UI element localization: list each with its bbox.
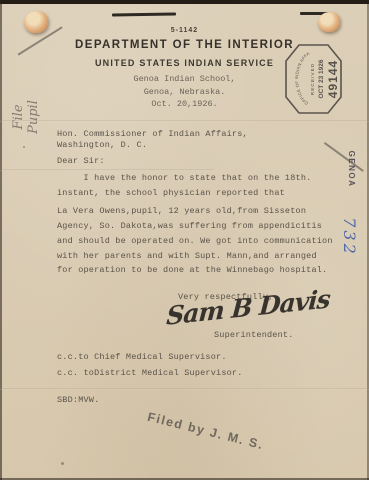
scan-edge-top [0, 0, 369, 4]
stamp-date: OCT 23 1926 [318, 59, 325, 98]
paper-speck [23, 146, 25, 148]
body-line: La Vera Owens,pupil, 12 years old,from S… [57, 206, 306, 216]
body-line: for operation to be done at the Winnebag… [57, 265, 327, 275]
recipient-line: Hon. Commissioner of Indian Affairs, [57, 129, 248, 139]
salutation: Dear Sir: [57, 156, 105, 166]
paper-crease [0, 120, 369, 122]
margin-note: File Pupil [11, 81, 49, 153]
recipient-line: Washington, D. C. [57, 140, 147, 150]
cc-line: c.c.to Chief Medical Supervisor. [57, 352, 227, 362]
received-stamp: OFFICE OF INDIAN AFFAIRS RECEIVED OCT 23… [283, 41, 345, 117]
paper-speck [61, 462, 64, 465]
filed-stamp: Filed by J. M. S. [146, 410, 265, 452]
margin-note-line2: Pupil [26, 81, 41, 153]
signer-title: Superintendent. [214, 330, 294, 340]
scan-edge-left [0, 0, 2, 480]
cc-line: c.c. toDistrict Medical Supervisor. [57, 368, 243, 378]
stamp-received-label: RECEIVED [310, 63, 316, 96]
body-line: with her parents and with Supt. Mann,and… [57, 251, 317, 261]
scanned-letter-page: 5-1142 DEPARTMENT OF THE INTERIOR UNITED… [0, 0, 369, 480]
reference-initials: SBD:MVW. [57, 395, 99, 405]
case-number: 732 [335, 215, 359, 259]
paper-crease [0, 169, 214, 171]
stamp-number: 49144 [326, 60, 340, 98]
paper-crease [0, 388, 369, 390]
ink-mark [112, 12, 176, 16]
body-line: and should be operated on. We got into c… [57, 236, 333, 246]
body-line: instant, the school physician reported t… [57, 188, 285, 198]
body-line: I have the honor to state that on the 18… [57, 173, 311, 183]
genoa-stamp: GENOA [342, 149, 356, 189]
margin-note-line1: File [11, 81, 26, 153]
form-number: 5-1142 [0, 27, 369, 34]
body-line: Agency, So. Dakota,was suffering from ap… [57, 221, 322, 231]
